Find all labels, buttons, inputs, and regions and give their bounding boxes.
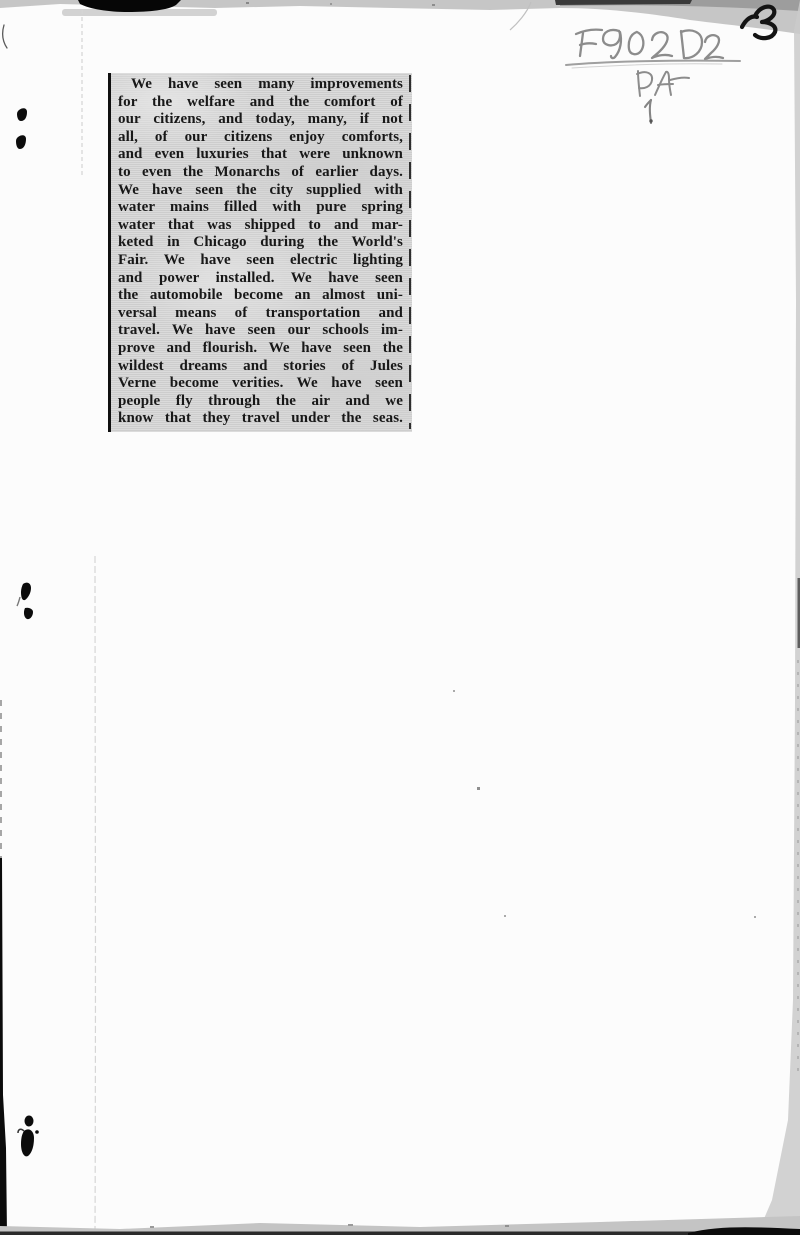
clipping-line: the automobile become an almost uni-: [118, 287, 403, 305]
scanned-document-page: We have seen many improvementsfor the we…: [0, 0, 800, 1235]
clipping-line: Verne become verities. We have seen: [118, 375, 403, 393]
clipping-line: know that they travel under the seas.: [118, 410, 403, 428]
clipping-line: and power installed. We have seen: [118, 270, 403, 288]
scan-top-edge-band: [0, 0, 800, 34]
clipping-line: keted in Chicago during the World's: [118, 234, 403, 252]
clipping-line: We have seen the city supplied with: [118, 182, 403, 200]
clipping-line: all, of our citizens enjoy comforts,: [118, 129, 403, 147]
clipping-line: versal means of transportation and: [118, 305, 403, 323]
clipping-line: for the welfare and the comfort of: [118, 94, 403, 112]
scan-right-edge-band: [757, 0, 800, 1235]
handwritten-letters: [637, 71, 689, 96]
clipping-text: We have seen many improvementsfor the we…: [118, 76, 403, 428]
clipping-line: wildest dreams and stories of Jules: [118, 358, 403, 376]
top-edge-ink-blob: [78, 0, 181, 12]
clipping-line: water mains filled with pure spring: [118, 199, 403, 217]
clipping-line: and even luxuries that were unknown: [118, 146, 403, 164]
clipping-line: prove and flourish. We have seen the: [118, 340, 403, 358]
clipping-line: our citizens, and today, many, if not: [118, 111, 403, 129]
dust-specks: [453, 690, 756, 918]
scan-bottom-edge-band: [0, 1216, 800, 1235]
handwritten-classification-code: [576, 30, 723, 59]
clipping-line: Fair. We have seen electric lighting: [118, 252, 403, 270]
clipping-line: people fly through the air and we: [118, 393, 403, 411]
handwritten-underline: [566, 61, 740, 68]
newspaper-clipping: We have seen many improvementsfor the we…: [108, 73, 412, 432]
top-left-pen-hook: [3, 25, 7, 48]
scan-left-edge-bar: [0, 700, 7, 1235]
clipping-line: We have seen many improvements: [118, 76, 403, 94]
left-margin-ink-marks: [16, 108, 39, 1156]
clipping-line: water that was shipped to and mar-: [118, 217, 403, 235]
clipping-column-rule: [409, 75, 411, 429]
handwritten-page-number: [742, 7, 775, 39]
clipping-line: to even the Monarchs of earlier days.: [118, 164, 403, 182]
clipping-line: travel. We have seen our schools im-: [118, 322, 403, 340]
handwritten-tally-mark: [645, 100, 653, 123]
fold-crease-lines: [82, 10, 95, 1235]
